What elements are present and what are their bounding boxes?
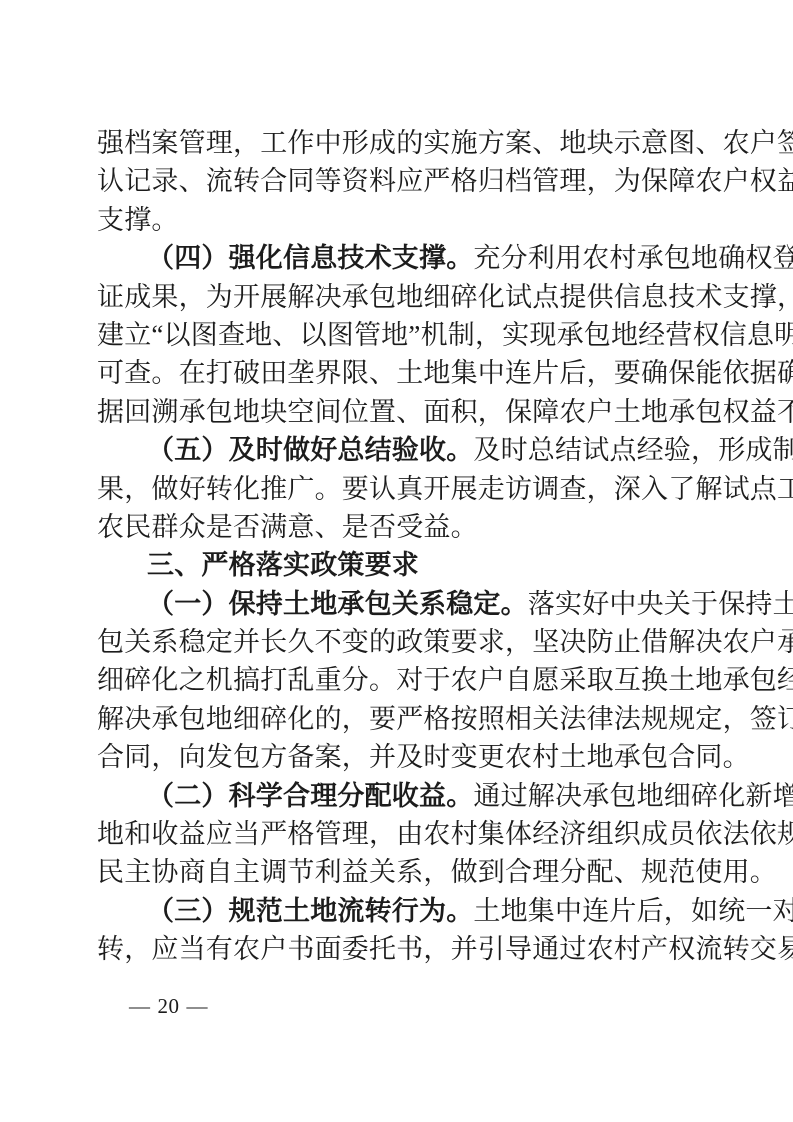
footer-dash-left: — [129,993,151,1019]
text-line: 转，应当有农户书面委托书，并引导通过农村产权流转交易市场 [97,930,703,968]
text-line: 认记录、流转合同等资料应严格归档管理，为保障农户权益提供 [97,162,703,200]
page-number: 20 [158,993,180,1019]
line-text: 及时总结试点经验，形成制度成 [473,435,793,465]
line-text: 通过解决承包地细碎化新增的耕 [473,781,793,811]
paragraph-lead: （四）强化信息技术支撑。 [147,243,473,273]
line-text: 认记录、流转合同等资料应严格归档管理，为保障农户权益提供 [97,166,793,196]
page-footer: —20— [122,993,215,1019]
text-line: 合同，向发包方备案，并及时变更农村土地承包合同。 [97,738,703,776]
text-line: 细碎化之机搞打乱重分。对于农户自愿采取互换土地承包经营权 [97,661,703,699]
document-body: 强档案管理，工作中形成的实施方案、地块示意图、农户签字确认记录、流转合同等资料应… [97,124,703,969]
paragraph-lead: （三）规范土地流转行为。 [147,896,473,926]
paragraph-lead: （二）科学合理分配收益。 [147,781,473,811]
line-text: 充分利用农村承包地确权登记颁 [473,243,793,273]
line-text: 落实好中央关于保持土地承 [528,589,793,619]
text-line: （三）规范土地流转行为。土地集中连片后，如统一对外流 [97,892,703,930]
text-line: 证成果，为开展解决承包地细碎化试点提供信息技术支撑，探索 [97,278,703,316]
line-text: 果，做好转化推广。要认真开展走访调查，深入了解试点工作中 [97,474,793,504]
line-text: 地和收益应当严格管理，由农村集体经济组织成员依法依规通过 [97,819,793,849]
text-line: （五）及时做好总结验收。及时总结试点经验，形成制度成 [97,431,703,469]
text-line: 包关系稳定并长久不变的政策要求，坚决防止借解决农户承包地 [97,623,703,661]
line-text: 细碎化之机搞打乱重分。对于农户自愿采取互换土地承包经营权 [97,665,793,695]
line-text: 转，应当有农户书面委托书，并引导通过农村产权流转交易市场 [97,934,793,964]
line-text: 农民群众是否满意、是否受益。 [97,512,478,542]
line-text: 民主协商自主调节利益关系，做到合理分配、规范使用。 [97,857,777,887]
text-line: 强档案管理，工作中形成的实施方案、地块示意图、农户签字确 [97,124,703,162]
paragraph-lead: （一）保持土地承包关系稳定。 [147,589,528,619]
text-line: 建立“以图查地、以图管地”机制，实现承包地经营权信息明晰 [97,316,703,354]
line-text: 土地集中连片后，如统一对外流 [473,896,793,926]
footer-dash-right: — [187,993,209,1019]
line-text: 合同，向发包方备案，并及时变更农村土地承包合同。 [97,742,750,772]
line-text: 据回溯承包地块空间位置、面积，保障农户土地承包权益不受损。 [97,397,793,427]
text-line: （一）保持土地承包关系稳定。落实好中央关于保持土地承 [97,585,703,623]
line-text: 包关系稳定并长久不变的政策要求，坚决防止借解决农户承包地 [97,627,793,657]
line-text: 强档案管理，工作中形成的实施方案、地块示意图、农户签字确 [97,128,793,158]
line-text: 三、严格落实政策要求 [147,550,419,580]
line-text: 建立“以图查地、以图管地”机制，实现承包地经营权信息明晰 [97,320,793,350]
document-page: 强档案管理，工作中形成的实施方案、地块示意图、农户签字确认记录、流转合同等资料应… [0,0,793,1122]
text-line: （四）强化信息技术支撑。充分利用农村承包地确权登记颁 [97,239,703,277]
text-line: 解决承包地细碎化的，要严格按照相关法律法规规定，签订书面 [97,700,703,738]
text-line: 据回溯承包地块空间位置、面积，保障农户土地承包权益不受损。 [97,393,703,431]
text-line: （二）科学合理分配收益。通过解决承包地细碎化新增的耕 [97,777,703,815]
text-line: 地和收益应当严格管理，由农村集体经济组织成员依法依规通过 [97,815,703,853]
line-text: 支撑。 [97,205,179,235]
text-line: 可查。在打破田垄界限、土地集中连片后，要确保能依据确权数 [97,354,703,392]
text-line: 果，做好转化推广。要认真开展走访调查，深入了解试点工作中 [97,470,703,508]
line-text: 可查。在打破田垄界限、土地集中连片后，要确保能依据确权数 [97,358,793,388]
paragraph-lead: （五）及时做好总结验收。 [147,435,473,465]
text-line: 农民群众是否满意、是否受益。 [97,508,703,546]
text-line: 民主协商自主调节利益关系，做到合理分配、规范使用。 [97,853,703,891]
line-text: 证成果，为开展解决承包地细碎化试点提供信息技术支撑，探索 [97,282,793,312]
section-heading: 三、严格落实政策要求 [97,546,703,584]
line-text: 解决承包地细碎化的，要严格按照相关法律法规规定，签订书面 [97,704,793,734]
text-line: 支撑。 [97,201,703,239]
